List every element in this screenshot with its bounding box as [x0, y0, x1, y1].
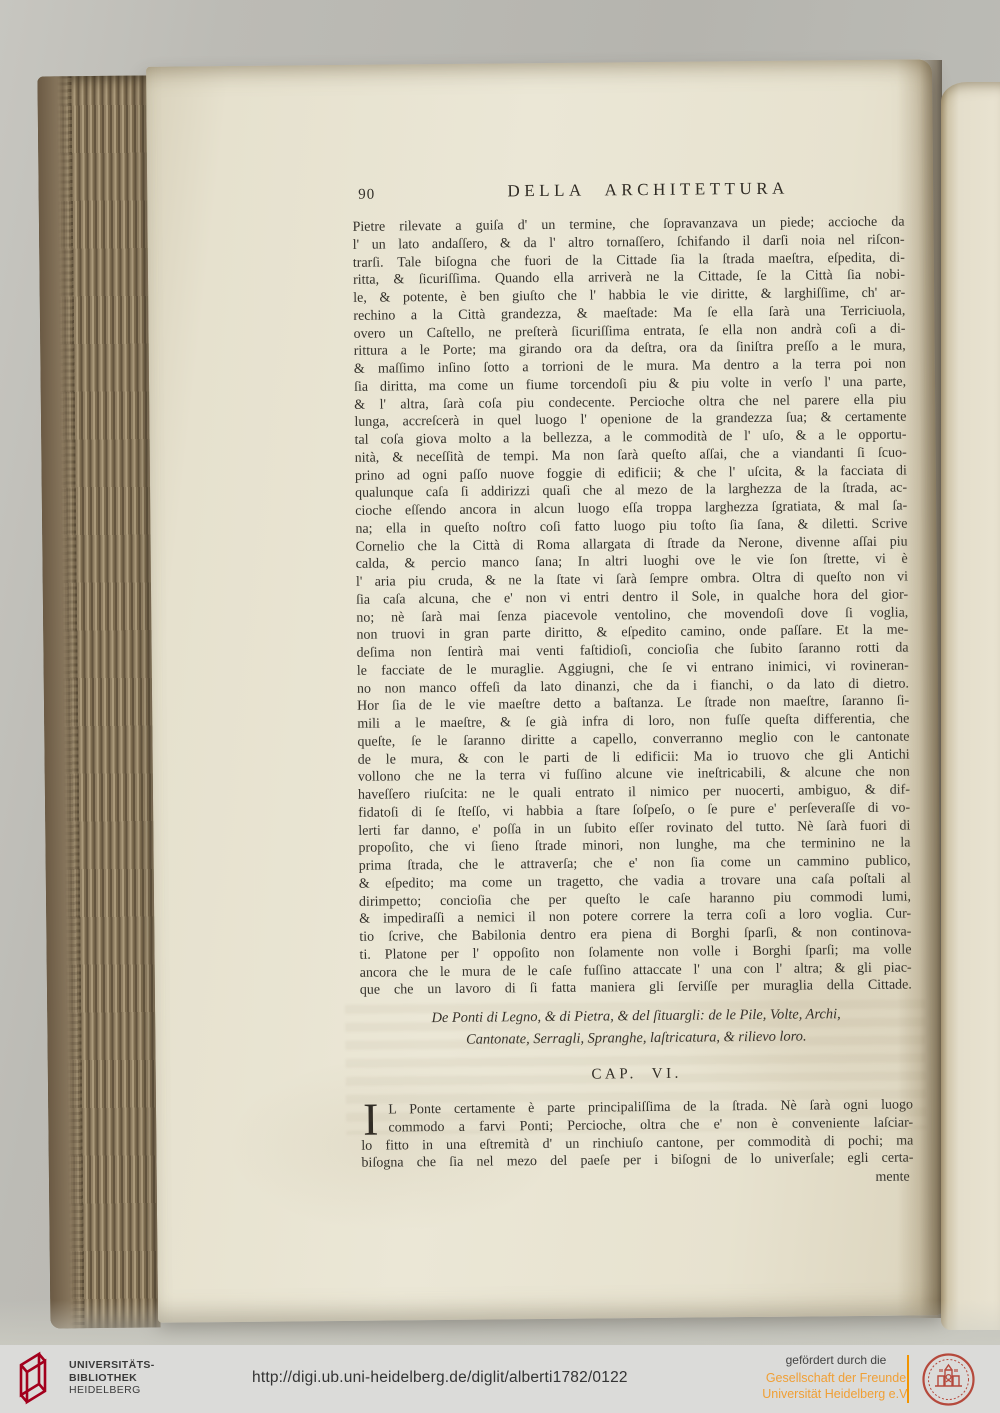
library-name-line1: UNIVERSITÄTS- — [69, 1359, 155, 1372]
running-header: DELLA ARCHITETTURA — [352, 178, 904, 203]
book-page-edges — [37, 75, 160, 1328]
library-name: UNIVERSITÄTS- BIBLIOTHEK HEIDELBERG — [69, 1359, 155, 1397]
library-name-line2: BIBLIOTHEK — [69, 1372, 155, 1385]
funding-credit: gefördert durch die Gesellschaft der Fre… — [742, 1353, 930, 1402]
footer-divider-line — [907, 1355, 909, 1403]
library-logo: UNIVERSITÄTS- BIBLIOTHEK HEIDELBERG — [14, 1350, 155, 1411]
page-header: 90 DELLA ARCHITETTURA — [352, 178, 904, 209]
chapter-heading: CAP. VI. — [361, 1063, 913, 1085]
university-seal-icon — [921, 1352, 976, 1407]
scan-viewport: 90 DELLA ARCHITETTURA Pietre rilevate a … — [0, 0, 1000, 1413]
chapter-lines: L Ponte certamente è parte principaliſſi… — [361, 1096, 914, 1172]
body-text: Pietre rilevate a guiſa d' un termine, c… — [352, 214, 911, 1000]
persistent-url: http://digi.ub.uni-heidelberg.de/diglit/… — [252, 1369, 628, 1387]
book-page: 90 DELLA ARCHITETTURA Pietre rilevate a … — [146, 59, 944, 1322]
drop-cap: I — [361, 1102, 389, 1137]
book-gutter-shadow — [897, 60, 942, 1318]
funder-name-line1: Gesellschaft der Freunde — [742, 1371, 930, 1387]
funding-note: gefördert durch die — [742, 1353, 930, 1367]
library-book-icon — [14, 1350, 60, 1411]
facing-page-edge — [941, 82, 1000, 1330]
page-number: 90 — [358, 187, 375, 204]
library-name-line3: HEIDELBERG — [69, 1384, 155, 1397]
chapter-opening-paragraph: I L Ponte certamente è parte principaliſ… — [361, 1096, 914, 1172]
funder-name-line2: Universität Heidelberg e.V. — [742, 1387, 930, 1403]
footer-bar: UNIVERSITÄTS- BIBLIOTHEK HEIDELBERG http… — [0, 1345, 1000, 1413]
section-heading: De Ponti di Legno, & di Pietra, & del ſi… — [360, 1003, 912, 1051]
page-text-block: 90 DELLA ARCHITETTURA Pietre rilevate a … — [352, 178, 914, 1192]
